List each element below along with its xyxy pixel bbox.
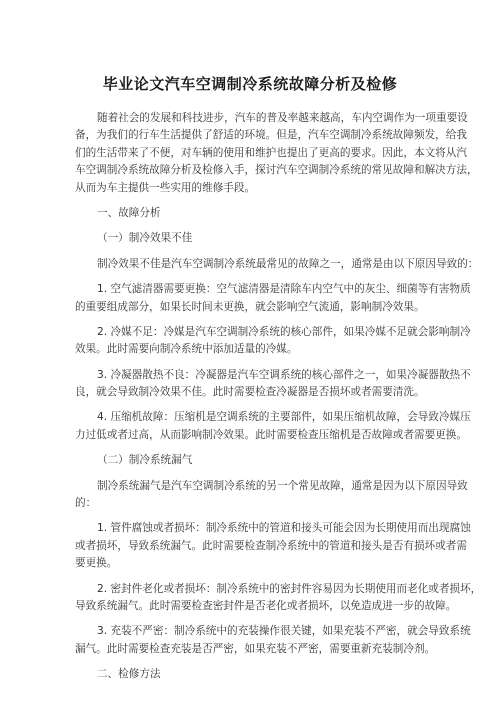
document-body: 随着社会的发展和科技进步，汽车的普及率越来越高，车内空调作为一项重要设 备，为我… [75, 110, 437, 684]
text-line: 要更换。 [75, 555, 437, 572]
text-line: 2. 冷媒不足：冷媒是汽车空调制冷系统的核心部件，如果冷媒不足就会影响制冷 [75, 324, 437, 341]
list-item: 3. 冷凝器散热不良：冷凝器是汽车空调系统的核心部件之一，如果冷凝器散热不 良，… [75, 367, 437, 402]
text-line: 2. 密封件老化或者损坏：制冷系统中的密封件容易因为长期使用而老化或者损坏， [75, 581, 437, 598]
text-line: 的： [75, 495, 437, 512]
section-heading-repair-methods: 二、检修方法 [75, 666, 437, 683]
list-item: 2. 冷媒不足：冷媒是汽车空调制冷系统的核心部件，如果冷媒不足就会影响制冷 效果… [75, 324, 437, 359]
document-page: 毕业论文汽车空调制冷系统故障分析及检修 随着社会的发展和科技进步，汽车的普及率越… [0, 0, 500, 707]
text-line: 制冷系统漏气是汽车空调制冷系统的另一个常见故障，通常是因为以下原因导致 [75, 478, 437, 495]
list-item: 4. 压缩机故障：压缩机是空调系统的主要部件，如果压缩机故障，会导致冷媒压 力过… [75, 409, 437, 444]
text-line: 们的生活带来了不便，对车辆的使用和维护也提出了更高的要求。因此，本文将从汽 [75, 145, 437, 162]
section-heading-fault-analysis: 一、故障分析 [75, 205, 437, 222]
subsection-heading-poor-cooling: （一）制冷效果不佳 [75, 230, 437, 247]
list-item: 2. 密封件老化或者损坏：制冷系统中的密封件容易因为长期使用而老化或者损坏， 导… [75, 581, 437, 616]
list-item: 1. 空气滤清器需要更换：空气滤清器是清除车内空气中的灰尘、细菌等有害物质 的重… [75, 281, 437, 316]
paragraph-lead: 制冷效果不佳是汽车空调制冷系统最常见的故障之一，通常是由以下原因导致的： [75, 256, 437, 273]
text-line: 的重要组成部分，如果长时间未更换，就会影响空气流通，影响制冷效果。 [75, 299, 437, 316]
text-line: 4. 压缩机故障：压缩机是空调系统的主要部件，如果压缩机故障，会导致冷媒压 [75, 409, 437, 426]
text-line: 随着社会的发展和科技进步，汽车的普及率越来越高，车内空调作为一项重要设 [75, 110, 437, 127]
text-line: 车空调制冷系统故障分析及检修入手，探讨汽车空调制冷系统的常见故障和解决方法， [75, 162, 437, 179]
text-line: 导致系统漏气。此时需要检查密封件是否老化或者损坏，以免造成进一步的故障。 [75, 598, 437, 615]
intro-paragraph: 随着社会的发展和科技进步，汽车的普及率越来越高，车内空调作为一项重要设 备，为我… [75, 110, 437, 197]
document-title: 毕业论文汽车空调制冷系统故障分析及检修 [0, 73, 500, 94]
text-line: 良，就会导致制冷效果不佳。此时需要检查冷凝器是否损坏或者需要清洗。 [75, 384, 437, 401]
text-line: 1. 空气滤清器需要更换：空气滤清器是清除车内空气中的灰尘、细菌等有害物质 [75, 281, 437, 298]
text-line: 或者损坏，导致系统漏气。此时需要检查制冷系统中的管道和接头是否有损坏或者需 [75, 538, 437, 555]
text-line: 效果。此时需要向制冷系统中添加适量的冷媒。 [75, 341, 437, 358]
text-line: 漏气。此时需要检查充装是否严密，如果充装不严密，需要重新充装制冷剂。 [75, 641, 437, 658]
text-line: 1. 管件腐蚀或者损坏：制冷系统中的管道和接头可能会因为长期使用而出现腐蚀 [75, 520, 437, 537]
list-item: 3. 充装不严密：制冷系统中的充装操作很关键，如果充装不严密，就会导致系统 漏气… [75, 623, 437, 658]
paragraph-lead: 制冷系统漏气是汽车空调制冷系统的另一个常见故障，通常是因为以下原因导致 的： [75, 478, 437, 513]
text-line: 力过低或者过高，从而影响制冷效果。此时需要检查压缩机是否故障或者需要更换。 [75, 427, 437, 444]
subsection-heading-refrigerant-leak: （二）制冷系统漏气 [75, 452, 437, 469]
text-line: 从而为车主提供一些实用的维修手段。 [75, 180, 437, 197]
text-line: 3. 冷凝器散热不良：冷凝器是汽车空调系统的核心部件之一，如果冷凝器散热不 [75, 367, 437, 384]
list-item: 1. 管件腐蚀或者损坏：制冷系统中的管道和接头可能会因为长期使用而出现腐蚀 或者… [75, 520, 437, 572]
text-line: 备，为我们的行车生活提供了舒适的环境。但是，汽车空调制冷系统故障频发，给我 [75, 127, 437, 144]
text-line: 3. 充装不严密：制冷系统中的充装操作很关键，如果充装不严密，就会导致系统 [75, 623, 437, 640]
